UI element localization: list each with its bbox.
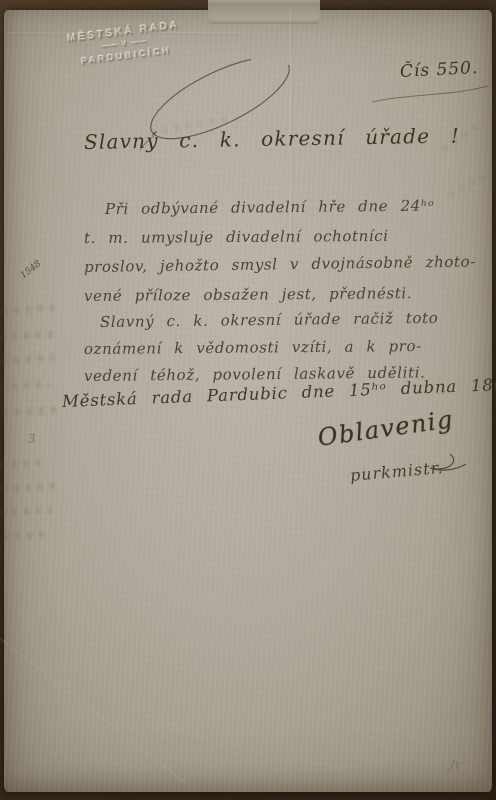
body-line: Při odbývané divadelní hře dne 24ʰᵒ <box>105 197 434 218</box>
pencil-margin-numeral: 3 <box>27 431 36 446</box>
body-line: vené příloze obsažen jest, přednésti. <box>84 284 412 305</box>
photograph-background: MĚSTSKÁ RADA —— V —— PARDUBICÍCH Čís 550… <box>0 0 496 800</box>
file-number: Čís 550. <box>399 58 478 82</box>
corner-pencil-mark: JV <box>449 758 463 773</box>
body-line: oznámení k vědomosti vzíti, a k pro- <box>84 337 422 358</box>
body-line: t. m. umysluje divadelní ochotníci <box>84 227 389 247</box>
